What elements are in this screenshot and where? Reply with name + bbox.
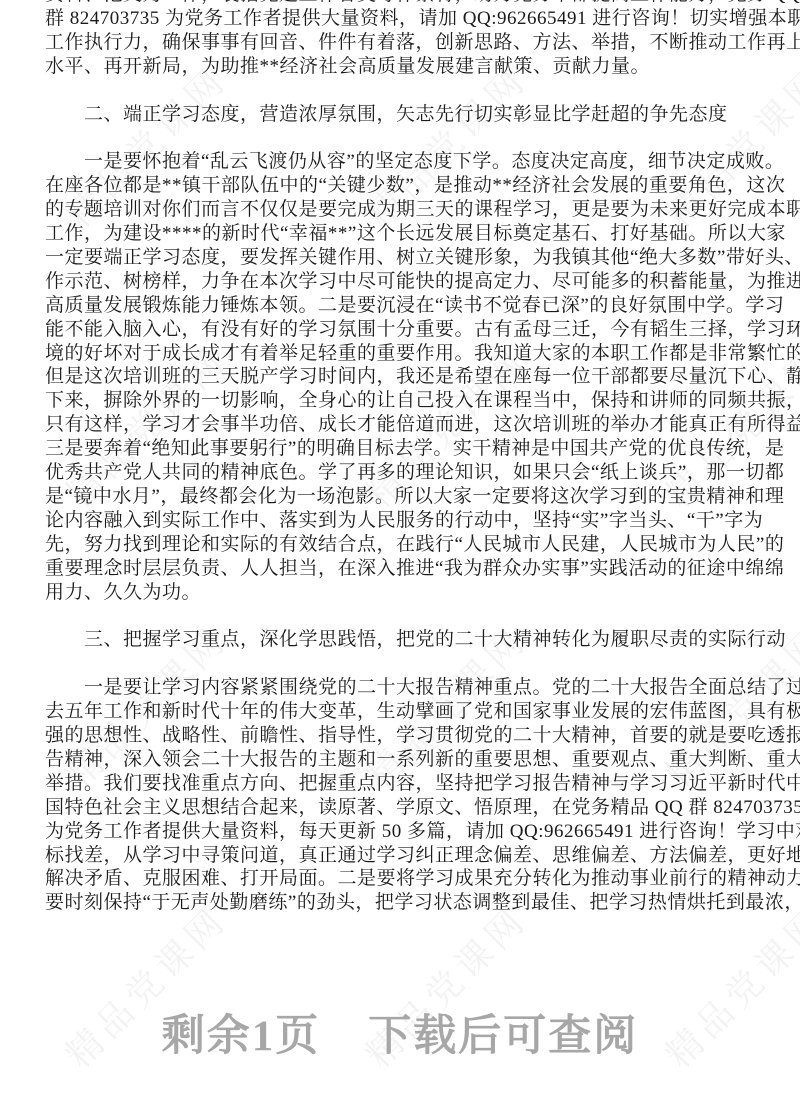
text-line: 水平、再开新局，为助推**经济社会高质量发展建言献策、贡献力量。	[45, 55, 767, 79]
text-line: 高质量发展锻炼能力锤炼本领。二是要沉浸在“读书不觉春已深”的良好氛围中学。学习	[45, 294, 767, 318]
text-line	[45, 605, 767, 629]
text-line: 一是要怀抱着“乱云飞渡仍从容”的坚定态度下学。态度决定高度，细节决定成败。	[45, 150, 767, 174]
text-line: 告精神，深入领会二十大报告的主题和一系列新的重要思想、重要观点、重大判断、重大	[45, 748, 767, 772]
text-line: 重要理念时层层负责、人人担当，在深入推进“我为群众办实事”实践活动的征途中绵绵	[45, 557, 767, 581]
text-line: 群 824703735 为党务工作者提供大量资料，请加 QQ:962665491…	[45, 7, 767, 31]
text-line: 能不能入脑入心，有没有好的学习氛围十分重要。古有孟母三迁，今有韬生三择，学习环	[45, 318, 767, 342]
pages-remaining-label: 剩余1页	[162, 1002, 321, 1063]
text-line: 工作，为建设****的新时代“幸福**”这个长远发展目标奠定基石、打好基础。所以…	[45, 222, 767, 246]
spacer	[45, 605, 767, 629]
ad-paragraph-continued: 资料、范文为一体，囊括党建工作各类写作素材，助力党务干部提高工作能力，党务 QQ…	[45, 0, 767, 79]
text-line: 用力、久久为功。	[45, 581, 767, 605]
text-line: 只有这样，学习才会事半功倍、成长才能倍道而进，这次培训班的举办才能真正有所得益。	[45, 413, 767, 437]
text-line: 三、把握学习重点，深化学思践悟，把党的二十大精神转化为履职尽责的实际行动	[45, 628, 767, 652]
text-line: 资料、范文为一体，囊括党建工作各类写作素材，助力党务干部提高工作能力，党务 QQ	[45, 0, 767, 7]
text-line: 为党务工作者提供大量资料，每天更新 50 多篇，请加 QQ:962665491 …	[45, 820, 767, 844]
spacer	[45, 126, 767, 150]
text-line: 先，努力找到理论和实际的有效结合点，在践行“人民城市人民建，人民城市为人民”的	[45, 533, 767, 557]
text-line: 下来，摒除外界的一切影响，全身心的让自己投入在课程当中，保持和讲师的同频共振，	[45, 389, 767, 413]
text-line: 三是要奔着“绝知此事要躬行”的明确目标去学。实干精神是中国共产党的优良传统，是	[45, 437, 767, 461]
text-line	[45, 126, 767, 150]
text-line: 举措。我们要找准重点方向、把握重点内容，坚持把学习报告精神与学习习近平新时代中	[45, 772, 767, 796]
document-text: 资料、范文为一体，囊括党建工作各类写作素材，助力党务干部提高工作能力，党务 QQ…	[45, 0, 767, 915]
section-heading-3: 三、把握学习重点，深化学思践悟，把党的二十大精神转化为履职尽责的实际行动	[45, 628, 767, 652]
text-line: 要时刻保持“于无声处勤磨练”的劲头，把学习状态调整到最佳、把学习热情烘托到最浓，	[45, 891, 767, 915]
text-line: 一是要让学习内容紧紧围绕党的二十大报告精神重点。党的二十大报告全面总结了过	[45, 676, 767, 700]
spacer	[45, 652, 767, 676]
body-paragraph-2: 一是要怀抱着“乱云飞渡仍从容”的坚定态度下学。态度决定高度，细节决定成败。在座各…	[45, 150, 767, 604]
text-line: 解决矛盾、克服困难、打开局面。二是要将学习成果充分转化为推动事业前行的精神动力。	[45, 867, 767, 891]
text-line: 强的思想性、战略性、前瞻性、指导性，学习贯彻党的二十大精神，首要的就是要吃透报	[45, 724, 767, 748]
pages-remaining-notice: 剩余1页 下载后可查阅	[0, 1002, 800, 1063]
text-line	[45, 79, 767, 103]
body-paragraph-3: 一是要让学习内容紧紧围绕党的二十大报告精神重点。党的二十大报告全面总结了过去五年…	[45, 676, 767, 915]
text-line	[45, 652, 767, 676]
text-line: 二、端正学习态度，营造浓厚氛围，矢志先行切实彰显比学赶超的争先态度	[45, 103, 767, 127]
download-to-view-label: 下载后可查阅	[368, 1002, 638, 1063]
text-line: 作示范、树榜样，力争在本次学习中尽可能快的提高定力、尽可能多的积蓄能量，为推进	[45, 270, 767, 294]
text-line: 的专题培训对你们而言不仅仅是要完成为期三天的课程学习，更是要为未来更好完成本职	[45, 198, 767, 222]
text-line: 论内容融入到实际工作中、落实到为人民服务的行动中，坚持“实”字当头、“干”字为	[45, 509, 767, 533]
section-heading-2: 二、端正学习态度，营造浓厚氛围，矢志先行切实彰显比学赶超的争先态度	[45, 103, 767, 127]
text-line: 但是这次培训班的三天脱产学习时间内，我还是希望在座每一位干部都要尽量沉下心、静	[45, 365, 767, 389]
text-line: 去五年工作和新时代十年的伟大变革，生动擘画了党和国家事业发展的宏伟蓝图，具有极	[45, 700, 767, 724]
text-line: 一定要端正学习态度，要发挥关键作用、树立关键形象，为我镇其他“绝大多数”带好头、	[45, 246, 767, 270]
text-line: 是“镜中水月”，最终都会化为一场泡影。所以大家一定要将这次学习到的宝贵精神和理	[45, 485, 767, 509]
text-line: 标找差，从学习中寻策问道，真正通过学习纠正理念偏差、思维偏差、方法偏差，更好地	[45, 844, 767, 868]
text-line: 工作执行力，确保事事有回音、件件有着落，创新思路、方法、举措，不断推动工作再上	[45, 31, 767, 55]
spacer	[45, 79, 767, 103]
text-line: 境的好坏对于成长成才有着举足轻重的重要作用。我知道大家的本职工作都是非常繁忙的，	[45, 342, 767, 366]
document-page: { "document": { "text_color": "#1b1b1b",…	[0, 0, 800, 1109]
text-line: 优秀共产党人共同的精神底色。学了再多的理论知识，如果只会“纸上谈兵”，那一切都	[45, 461, 767, 485]
text-line: 在座各位都是**镇干部队伍中的“关键少数”，是推动**经济社会发展的重要角色，这…	[45, 174, 767, 198]
text-line: 国特色社会主义思想结合起来，读原著、学原文、悟原理，在党务精品 QQ 群 824…	[45, 796, 767, 820]
